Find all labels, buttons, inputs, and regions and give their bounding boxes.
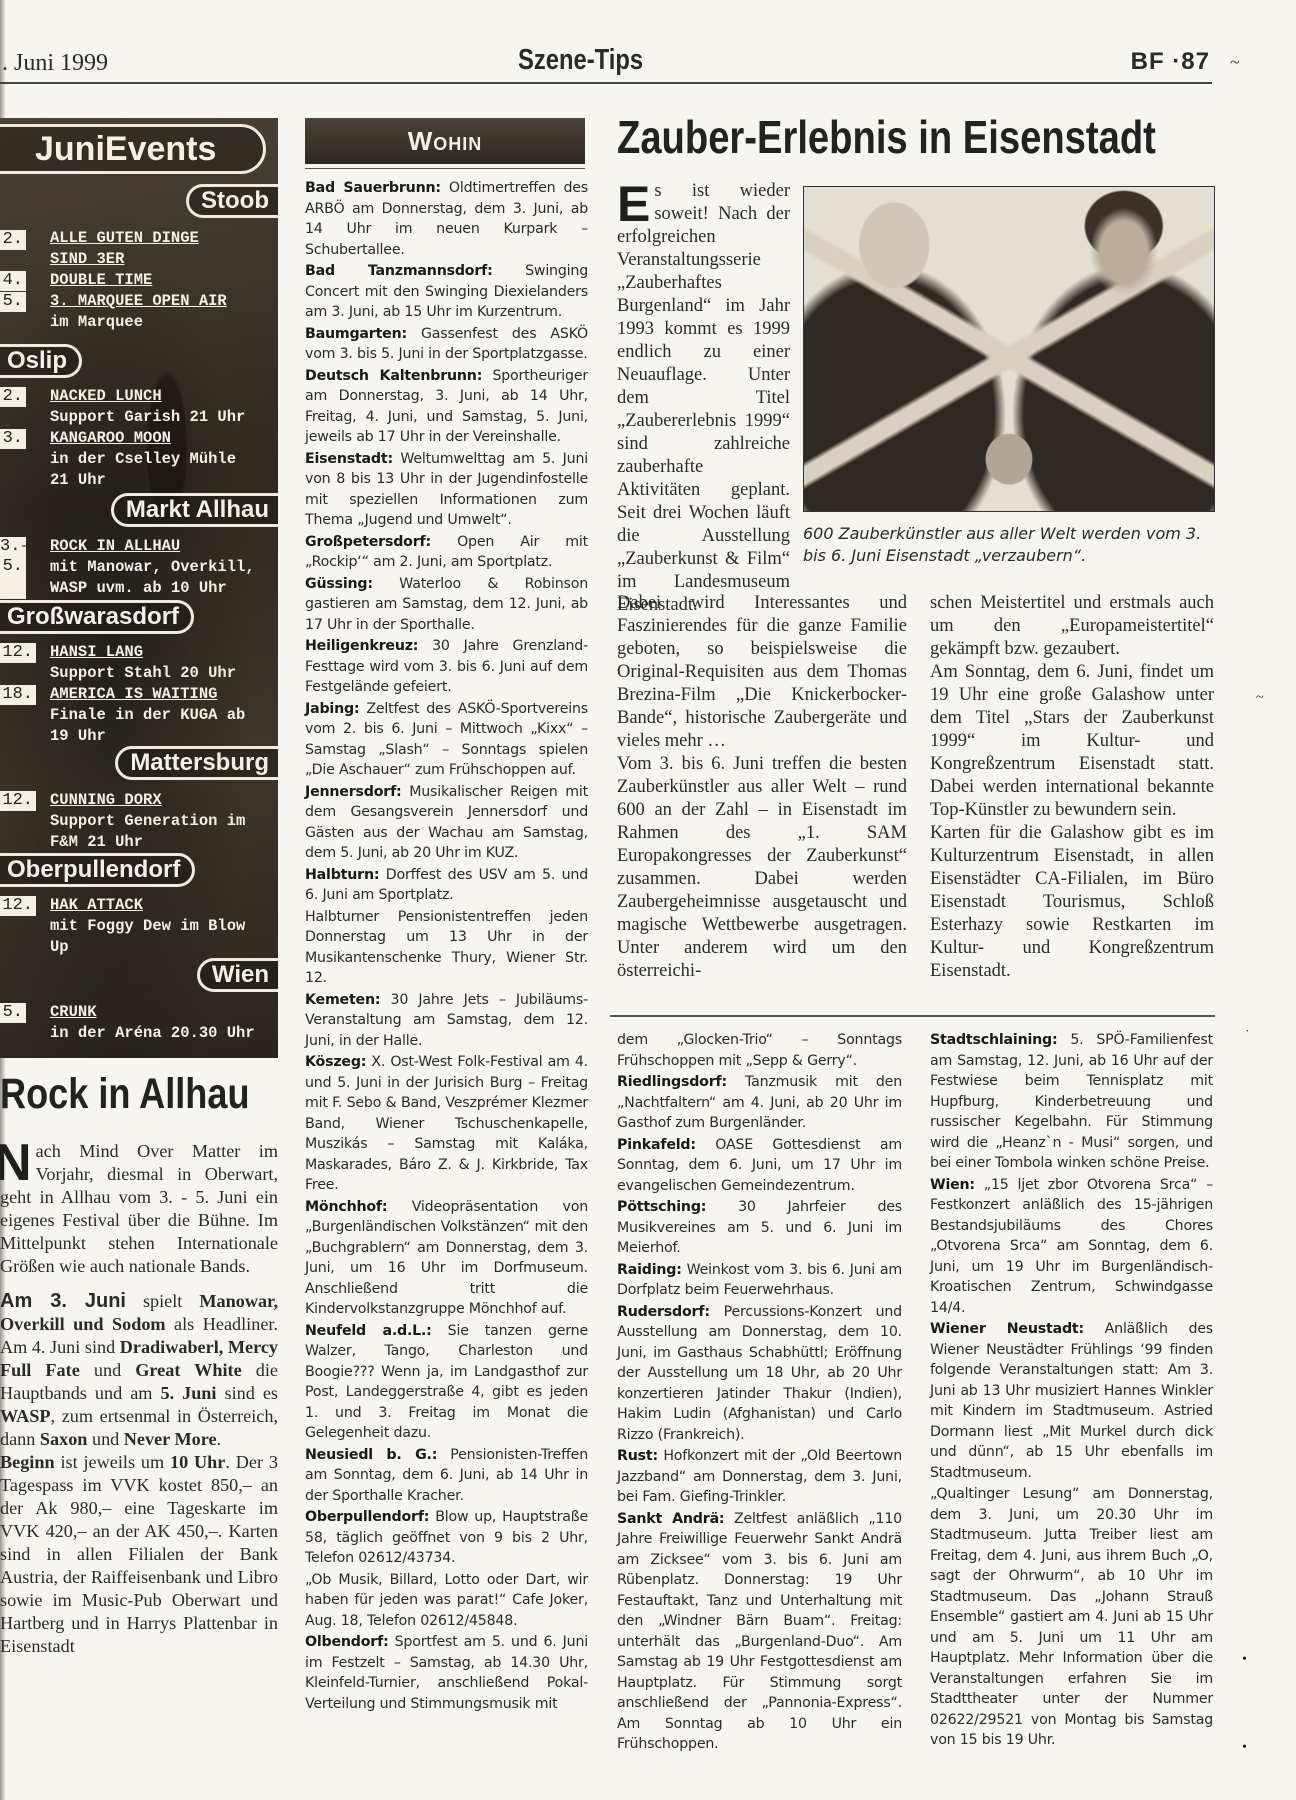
listing-place: Oberpullendorf: [305, 1509, 429, 1525]
listing-text: Sie tanzen gerne Walzer, Tango, Charlest… [305, 1323, 588, 1442]
listing-entry: Sankt Andrä: Zeltfest anläßlich „110 Jah… [617, 1509, 902, 1755]
margin-mark-icon: • [1242, 1652, 1247, 1668]
margin-mark-icon: • [1242, 1740, 1247, 1756]
paragraph: schen Meistertitel und erstmals auch um … [930, 592, 1214, 661]
listing-entry: Rust: Hofkonzert mit der „Old Beertown J… [617, 1446, 902, 1508]
listing-entry: Olbendorf: Sportfest am 5. und 6. Juni i… [305, 1632, 588, 1714]
issue-date: . Juni 1999 [2, 50, 108, 77]
listing-entry: Stadtschlaining: 5. SPÖ-Familienfest am … [930, 1030, 1213, 1174]
paragraph: ach Mind Over Matter im Vorjahr, diesmal… [0, 1141, 278, 1276]
rock-article-body: N ach Mind Over Matter im Vorjahr, diesm… [0, 1140, 278, 1658]
listing-place: Pinkafeld: [617, 1137, 696, 1153]
listing-entry: „Ob Musik, Billard, Lotto oder Dart, wir… [305, 1570, 588, 1632]
listing-text: Percussions-Konzert und Ausstellung am D… [617, 1304, 902, 1443]
divider [305, 168, 585, 169]
listing-entry: Rudersdorf: Percussions-Konzert und Auss… [617, 1302, 902, 1446]
listing-place: Kemeten: [305, 992, 380, 1008]
listing-text: Anläßlich des Wiener Neustädter Frühling… [930, 1321, 1213, 1481]
margin-mark-icon: ˙ [1245, 1028, 1250, 1044]
listing-text: Videopräsentation von „Burgenländischen … [305, 1199, 588, 1318]
paragraph: Dabei wird Interessantes und Faszinieren… [617, 592, 907, 753]
event-date: 5. [0, 1003, 26, 1023]
event-date: 12. [0, 896, 36, 916]
listing-entry: Baumgarten: Gassenfest des ASKÖ vom 3. b… [305, 324, 588, 365]
listing-place: Rust: [617, 1448, 658, 1464]
margin-mark-icon: ~ [1256, 690, 1264, 706]
listing-place: Stadtschlaining: [930, 1032, 1057, 1048]
event-title: ROCK IN ALLHAU [50, 536, 180, 557]
event-detail: im Marquee [50, 312, 143, 333]
event-title: DOUBLE TIME [50, 270, 152, 291]
highlight: Am 3. Juni [0, 1290, 126, 1312]
listing-place: Jennersdorf: [305, 784, 402, 800]
venue-label-wien: Wien [197, 958, 278, 992]
event-date: 12. [0, 643, 36, 663]
event-date: 5. [0, 292, 26, 312]
listing-place: Sankt Andrä: [617, 1511, 724, 1527]
event-title: KANGAROO MOON [50, 428, 171, 449]
listing-place: Köszeg: [305, 1054, 366, 1070]
listing-entry: Pinkafeld: OASE Gottesdienst am Sonntag,… [617, 1135, 902, 1197]
event-detail: 19 Uhr [50, 726, 106, 747]
listing-entry: Neufeld a.d.L.: Sie tanzen gerne Walzer,… [305, 1321, 588, 1444]
zauber-article-col-2: Dabei wird Interessantes und Faszinieren… [617, 592, 907, 983]
event-title: AMERICA IS WAITING [50, 684, 217, 705]
event-title: CUNNING DORX [50, 790, 162, 811]
margin-mark-icon: ~ [1230, 52, 1240, 73]
event-date-range: 3.–5. [0, 537, 26, 599]
event-detail: in der Aréna 20.30 Uhr [50, 1023, 255, 1044]
listing-entry: Wien: „15 ljet zbor Otvorena Srca“ – Fes… [930, 1175, 1213, 1319]
rock-article-headline: Rock in Allhau [0, 1070, 235, 1119]
listing-entry: Großpetersdorf: Open Air mit „Rockip‘“ a… [305, 532, 588, 573]
event-detail: F&M 21 Uhr [50, 832, 143, 853]
listing-place: Raiding: [617, 1262, 682, 1278]
listing-place: Eisenstadt: [305, 451, 393, 467]
listing-place: Neufeld a.d.L.: [305, 1323, 432, 1339]
listing-entry: Halbturner Pensionistentreffen jeden Don… [305, 907, 588, 989]
paragraph: Karten für die Galashow gibt es im Kultu… [930, 822, 1214, 983]
listing-place: Güssing: [305, 576, 373, 592]
listing-entry: Pöttsching: 30 Jahrfeier des Musikverein… [617, 1197, 902, 1259]
event-date: 3. [0, 429, 26, 449]
listing-text: „Qualtinger Lesung“ am Donnerstag, dem 3… [930, 1486, 1213, 1748]
listing-place: Neusiedl b. G.: [305, 1447, 437, 1463]
venue-label-stoob: Stoob [186, 184, 278, 218]
event-date: 2. [0, 387, 26, 407]
listing-place: Wiener Neustadt: [930, 1321, 1084, 1337]
listing-place: Rudersdorf: [617, 1304, 710, 1320]
event-detail: Support Garish 21 Uhr [50, 407, 245, 428]
event-date: 2. [0, 230, 26, 250]
listing-place: Wien: [930, 1177, 975, 1193]
listing-text: „15 ljet zbor Otvorena Srca“ – Festkonze… [930, 1177, 1213, 1316]
wohin-listing-col-1: Bad Sauerbrunn: Oldtimertreffen des ARBÖ… [305, 178, 588, 1715]
event-title: 3. MARQUEE OPEN AIR [50, 291, 227, 312]
listing-text: Zeltfest anläßlich „110 Jahre Freiwillig… [617, 1511, 902, 1753]
listing-place: Bad Tanzmannsdorf: [305, 263, 493, 279]
listing-text: Hofkonzert mit der „Old Beertown Jazzban… [617, 1448, 902, 1505]
venue-label-grosswarasdorf: Großwarasdorf [0, 600, 194, 634]
band-names: Great White [135, 1360, 241, 1380]
listing-entry: Kemeten: 30 Jahre Jets – Jubiläums-Veran… [305, 990, 588, 1052]
listing-entry: Bad Tanzmannsdorf: Swinging Concert mit … [305, 261, 588, 323]
events-title: JuniEvents [0, 124, 266, 174]
venue-label-markt-allhau: Markt Allhau [111, 493, 278, 527]
event-title: NACKED LUNCH [50, 386, 162, 407]
listing-entry: „Qualtinger Lesung“ am Donnerstag, dem 3… [930, 1484, 1213, 1751]
listing-entry: Jabing: Zeltfest des ASKÖ-Sportvereins v… [305, 699, 588, 781]
listing-place: Riedlingsdorf: [617, 1074, 727, 1090]
event-title: ALLE GUTEN DINGE [50, 228, 199, 249]
event-detail: Finale in der KUGA ab [50, 705, 245, 726]
event-detail: mit Manowar, Overkill, [50, 557, 255, 578]
listing-entry: Raiding: Weinkost vom 3. bis 6. Juni am … [617, 1260, 902, 1301]
listing-place: Mönchhof: [305, 1199, 387, 1215]
wohin-listing-col-2: dem „Glocken-Trio“ – Sonntags Frühschopp… [617, 1030, 902, 1756]
event-title: CRUNK [50, 1002, 97, 1023]
event-detail: WASP uvm. ab 10 Uhr [50, 578, 227, 599]
listing-place: Heiligenkreuz: [305, 638, 418, 654]
wohin-section-header: Wohin [305, 118, 585, 164]
listing-place: Pöttsching: [617, 1199, 706, 1215]
listing-entry: Neusiedl b. G.: Pensionisten-Treffen am … [305, 1445, 588, 1507]
listing-entry: Halbturn: Dorffest des USV am 5. und 6. … [305, 865, 588, 906]
event-detail: mit Foggy Dew im Blow [50, 916, 245, 937]
listing-text: X. Ost-West Folk-Festival am 4. und 5. J… [305, 1054, 588, 1193]
juni-events-panel: JuniEvents Stoob 2. ALLE GUTEN DINGE SIN… [0, 118, 278, 1058]
listing-entry: Köszeg: X. Ost-West Folk-Festival am 4. … [305, 1052, 588, 1196]
band-names: WASP [0, 1406, 51, 1426]
event-title: HAK ATTACK [50, 895, 143, 916]
listing-entry: Mönchhof: Videopräsentation von „Burgenl… [305, 1197, 588, 1320]
wohin-listing-col-3: Stadtschlaining: 5. SPÖ-Familienfest am … [930, 1030, 1213, 1752]
page-header: . Juni 1999 Szene-Tips BF ·87 [0, 44, 1212, 84]
paragraph: Am Sonntag, dem 6. Juni, findet um 19 Uh… [930, 661, 1214, 822]
listing-place: Halbturn: [305, 867, 379, 883]
event-title-cont: SIND 3ER [50, 249, 124, 270]
listing-entry: Güssing: Waterloo & Robinson gastieren a… [305, 574, 588, 636]
listing-place: Deutsch Kaltenbrunn: [305, 368, 482, 384]
listing-place: Olbendorf: [305, 1634, 389, 1650]
event-detail: in der Cselley Mühle [50, 449, 236, 470]
listing-entry: Wiener Neustadt: Anläßlich des Wiener Ne… [930, 1319, 1213, 1483]
photo-caption: 600 Zauberkünstler aus aller Welt werden… [803, 523, 1223, 567]
section-title: Szene-Tips [518, 44, 643, 77]
event-detail: 21 Uhr [50, 470, 106, 491]
listing-entry: dem „Glocken-Trio“ – Sonntags Frühschopp… [617, 1030, 902, 1071]
listing-entry: Jennersdorf: Musikalischer Reigen mit de… [305, 782, 588, 864]
event-date: 4. [0, 271, 26, 291]
paragraph: Vom 3. bis 6. Juni treffen die besten Za… [617, 753, 907, 983]
venue-label-oslip: Oslip [0, 344, 82, 378]
listing-text: Halbturner Pensionistentreffen jeden Don… [305, 909, 588, 987]
event-detail: Up [50, 937, 69, 958]
listing-place: Großpetersdorf: [305, 534, 431, 550]
listing-place: Bad Sauerbrunn: [305, 180, 441, 196]
listing-text: 5. SPÖ-Familienfest am Samstag, 12. Juni… [930, 1032, 1213, 1171]
event-detail: Support Stahl 20 Uhr [50, 663, 236, 684]
listing-entry: Bad Sauerbrunn: Oldtimertreffen des ARBÖ… [305, 178, 588, 260]
zauber-article-intro: E s ist wieder soweit! Nach der erfolgre… [617, 180, 790, 617]
listing-entry: Riedlingsdorf: Tanzmusik mit den „Nachtf… [617, 1072, 902, 1134]
dropcap: N [0, 1142, 32, 1184]
event-date: 18. [0, 685, 36, 705]
event-title: HANSI LANG [50, 642, 143, 663]
band-names: Saxon [40, 1429, 88, 1449]
listing-entry: Eisenstadt: Weltumwelttag am 5. Juni von… [305, 449, 588, 531]
divider [610, 1015, 1215, 1017]
zauber-article-col-3: schen Meistertitel und erstmals auch um … [930, 592, 1214, 983]
zauber-article-headline: Zauber-Erlebnis in Eisenstadt [617, 110, 1115, 164]
listing-text: „Ob Musik, Billard, Lotto oder Dart, wir… [305, 1572, 588, 1629]
venue-label-mattersburg: Mattersburg [115, 746, 278, 780]
listing-entry: Oberpullendorf: Blow up, Hauptstraße 58,… [305, 1507, 588, 1569]
event-date: 12. [0, 791, 36, 811]
listing-place: Jabing: [305, 701, 359, 717]
listing-place: Baumgarten: [305, 326, 407, 342]
listing-entry: Heiligenkreuz: 30 Jahre Grenzland-Festta… [305, 636, 588, 698]
event-detail: Support Generation im [50, 811, 245, 832]
magicians-photo [803, 186, 1215, 512]
listing-text: dem „Glocken-Trio“ – Sonntags Frühschopp… [617, 1032, 902, 1069]
page-number: BF ·87 [1131, 48, 1210, 76]
venue-label-oberpullendorf: Oberpullendorf [0, 853, 195, 887]
listing-entry: Deutsch Kaltenbrunn: Sportheuriger am Do… [305, 366, 588, 448]
band-names: Never More [124, 1429, 217, 1449]
paragraph: s ist wieder soweit! Nach der erfolgreic… [617, 181, 790, 615]
dropcap: E [617, 184, 650, 224]
